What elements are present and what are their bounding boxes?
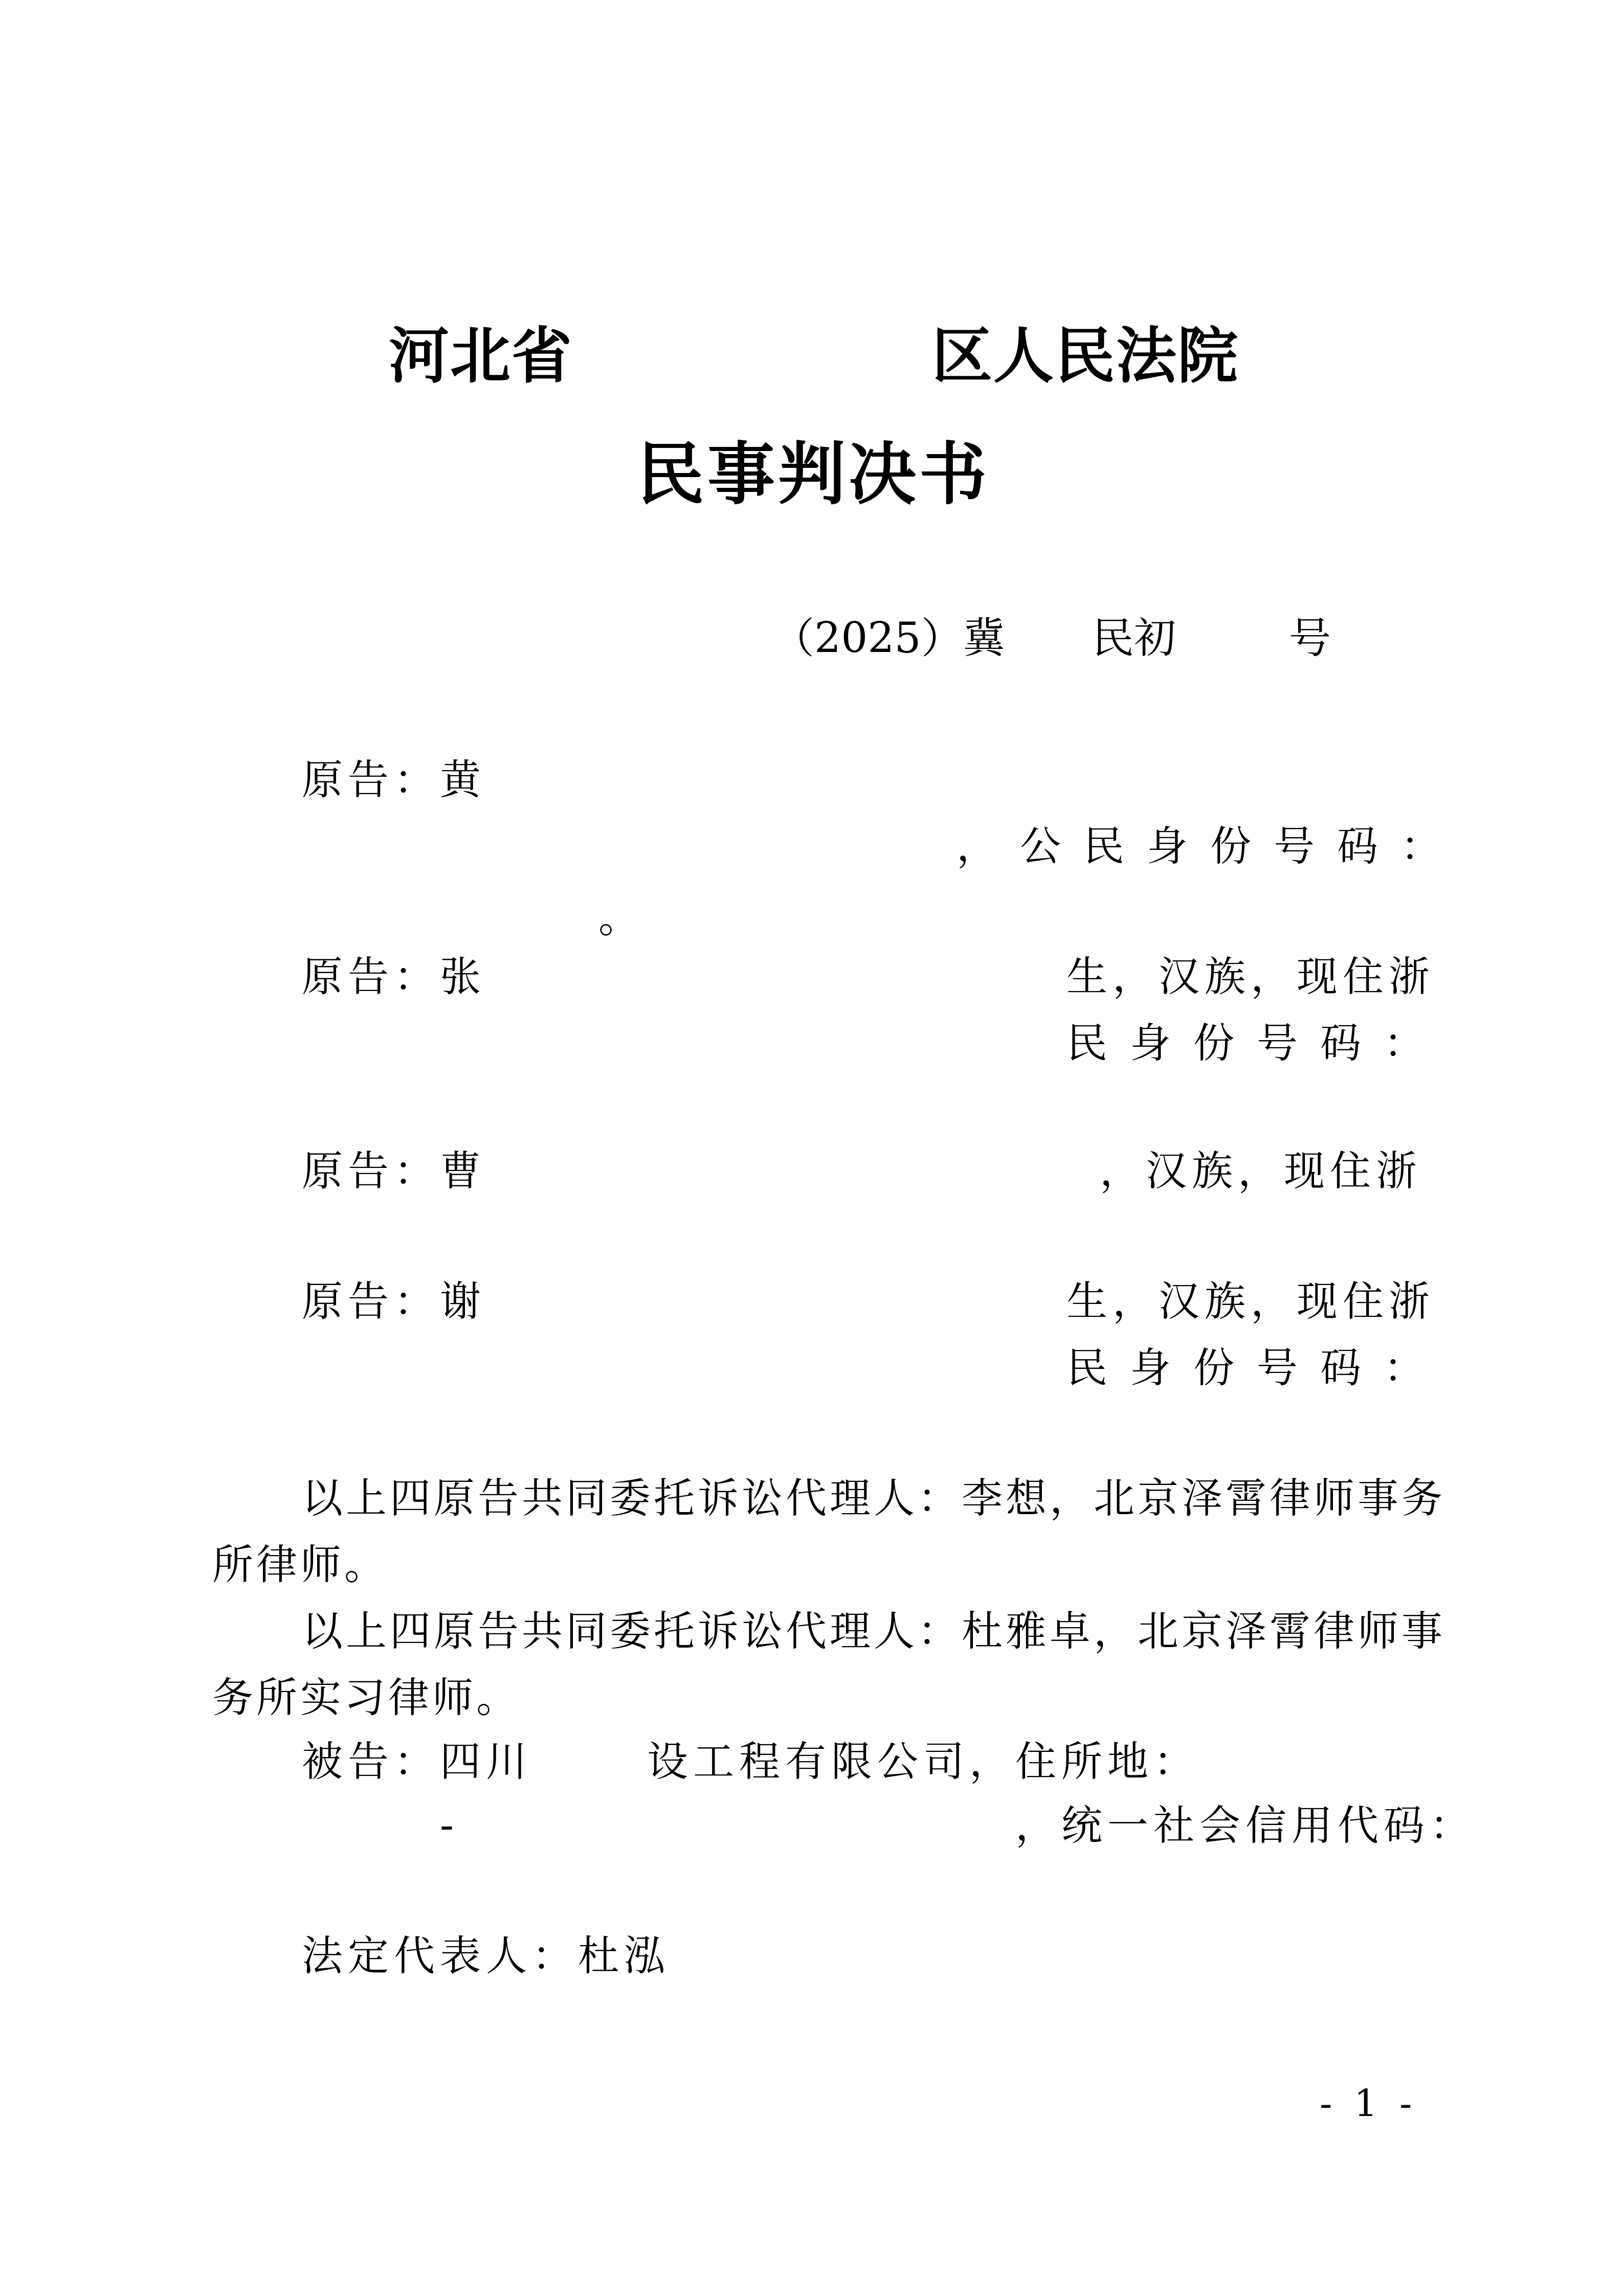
case-number-middle: 民初 (1092, 618, 1176, 660)
plaintiff-1-end-mark: 。 (598, 897, 639, 938)
plaintiff-2-label: 原告：张 (302, 956, 486, 997)
plaintiff-4-label: 原告：谢 (302, 1281, 486, 1322)
court-name-prefix: 河北省 (389, 326, 573, 386)
plaintiff-3-label: 原告：曹 (302, 1151, 486, 1191)
plaintiff-1-id-label: ，公民身份号码： (956, 826, 1464, 867)
defendant-credit-code-label: ，统一社会信用代码： (1015, 1805, 1476, 1846)
court-name-suffix: 区人民法院 (932, 326, 1239, 386)
page-number: - 1 - (1320, 2085, 1417, 2122)
plaintiff-4-id-label: 民身份号码： (1066, 1347, 1447, 1388)
plaintiff-4-info: 生，汉族，现住浙 (1066, 1281, 1435, 1322)
document-page: 河北省 区人民法院 民事判决书 （2025）冀 民初 号 原告：黄 ，公民身份号… (0, 0, 1624, 2296)
agent-1-line1: 以上四原告共同委托诉讼代理人：李想，北京泽霄律师事务 (302, 1478, 1445, 1519)
case-number-year: （2025）冀 (772, 618, 1005, 660)
defendant-name-rest: 设工程有限公司，住所地： (647, 1741, 1199, 1782)
document-title: 民事判决书 (637, 441, 990, 508)
plaintiff-2-id-label: 民身份号码： (1066, 1023, 1447, 1064)
plaintiff-2-info: 生，汉族，现住浙 (1066, 956, 1435, 997)
plaintiff-3-info: ，汉族，现住浙 (1100, 1151, 1422, 1191)
agent-2-line1: 以上四原告共同委托诉讼代理人：杜雅卓，北京泽霄律师事 (302, 1611, 1445, 1652)
case-number-suffix: 号 (1289, 618, 1331, 660)
defendant-address-dash: - (440, 1805, 454, 1846)
agent-2-line2: 务所实习律师。 (212, 1677, 520, 1718)
defendant-label: 被告：四川 (302, 1741, 532, 1782)
plaintiff-1-label: 原告：黄 (302, 759, 486, 800)
agent-1-line2: 所律师。 (212, 1544, 388, 1585)
defendant-legal-representative: 法定代表人：杜泓 (302, 1935, 670, 1976)
